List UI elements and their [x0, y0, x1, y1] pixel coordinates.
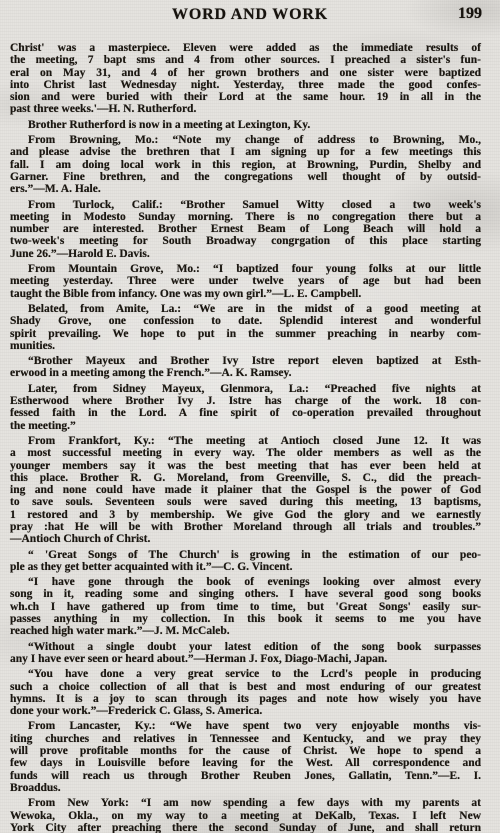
text-line: Brother Rutherford is now in a meeting a… [10, 119, 481, 131]
text-line: ers.”—M. A. Hale. [10, 183, 481, 195]
paragraph: “Brother Mayeux and Brother Ivy Istre re… [10, 355, 481, 380]
text-line: ing and none could have made it plainer … [10, 484, 481, 496]
text-line: will prove profitable months for the cau… [10, 745, 481, 757]
paragraph: Later, from Sidney Mayeux, Glenmora, La.… [10, 383, 481, 432]
paragraph: Christ' was a masterpiece. Eleven were a… [10, 42, 481, 116]
text-line: “You have done a very great service to t… [10, 668, 481, 680]
paragraph: From Turlock, Calif.: “Brother Samuel Wi… [10, 199, 481, 260]
text-line: “Brother Mayeux and Brother Ivy Istre re… [10, 355, 481, 367]
page-header: WORD AND WORK 199 [0, 0, 500, 32]
text-line: Belated, from Amite, La.: “We are in the… [10, 303, 481, 315]
text-line: fall. I am doing local work in this regi… [10, 159, 481, 171]
paragraph: “ 'Great Songs of The Church' is growing… [10, 549, 481, 574]
text-line: “I have gone through the book of evening… [10, 576, 481, 588]
paragraph: From Browning, Mo.: “Note my change of a… [10, 134, 481, 195]
text-line: erwood in a meeting among the French.”—A… [10, 367, 481, 379]
text-line: From Turlock, Calif.: “Brother Samuel Wi… [10, 199, 481, 211]
paragraph: From Frankfort, Ky.: “The meeting at Ant… [10, 435, 481, 546]
text-line: the meeting, 7 bapt sms and 4 from other… [10, 54, 481, 66]
text-line: few days in Louisville before leaving fo… [10, 757, 481, 769]
text-line: a most successful meeting in every way. … [10, 447, 481, 459]
text-line: From Frankfort, Ky.: “The meeting at Ant… [10, 435, 481, 447]
text-line: passes anything in my collection. In thi… [10, 613, 481, 625]
paragraph: From Lancaster, Ky.: “We have spent two … [10, 720, 481, 794]
paragraph: From Mountain Grove, Mo.: “I baptized fo… [10, 263, 481, 300]
text-line: —Antioch Church of Christ. [10, 533, 481, 545]
text-line: Shady Grove, one confession to date. Spl… [10, 315, 481, 327]
text-line: fessed faith in the Lord. A fine spirit … [10, 407, 481, 419]
text-line: sion and were buried with their Lord at … [10, 91, 481, 103]
paragraph: Belated, from Amite, La.: “We are in the… [10, 303, 481, 352]
text-line: the meeting.” [10, 420, 481, 432]
page-body: Christ' was a masterpiece. Eleven were a… [0, 42, 500, 833]
text-line: reached high water mark.”—J. M. McCaleb. [10, 625, 481, 637]
text-line: song in it, reading some and singing oth… [10, 588, 481, 600]
text-line: number are interested. Brother Ernest Be… [10, 223, 481, 235]
paragraph: From New York: “I am now spending a few … [10, 797, 481, 833]
text-line: Estherwood where Brother Ivy J. Istre ha… [10, 395, 481, 407]
text-line: From New York: “I am now spending a few … [10, 797, 481, 809]
text-line: and please advise the brethren that I am… [10, 146, 481, 158]
text-line: “Without a single doubt your latest edit… [10, 641, 481, 653]
text-line: taught the Bible from infancy. One was m… [10, 288, 481, 300]
paragraph: “You have done a very great service to t… [10, 668, 481, 717]
text-line: past three weeks.'—H. N. Rutherford. [10, 103, 481, 115]
text-line: meeting yesterday. Three were under twel… [10, 275, 481, 287]
text-line: hymns. It is a joy to scan through its p… [10, 693, 481, 705]
text-line: iting churches and relatives in Tennesse… [10, 733, 481, 745]
scanned-page: WORD AND WORK 199 Christ' was a masterpi… [0, 0, 500, 833]
text-line: meeting in Modesto Sunday morning. There… [10, 211, 481, 223]
text-line: From Browning, Mo.: “Note my change of a… [10, 134, 481, 146]
text-line: into Christ last Wednesday night. Yester… [10, 79, 481, 91]
text-line: Wewoka, Okla., on my way to a meeting at… [10, 810, 481, 822]
text-line: Christ' was a masterpiece. Eleven were a… [10, 42, 481, 54]
paragraph: Brother Rutherford is now in a meeting a… [10, 119, 481, 131]
text-line: eral on May 31, and 4 of her grown broth… [10, 67, 481, 79]
text-line: this place. Brother R. G. Moreland, from… [10, 472, 481, 484]
text-line: From Lancaster, Ky.: “We have spent two … [10, 720, 481, 732]
text-line: Broaddus. [10, 782, 481, 794]
text-line: From Mountain Grove, Mo.: “I baptized fo… [10, 263, 481, 275]
text-line: “ 'Great Songs of The Church' is growing… [10, 549, 481, 561]
text-line: two-week's meeting for South Broadway co… [10, 235, 481, 247]
text-line: 1 restored and 3 by membership. We give … [10, 509, 481, 521]
text-line: Garner. Fine brethren, and the congregat… [10, 171, 481, 183]
text-line: spirit prevailing. We hope to put in the… [10, 328, 481, 340]
text-line: younger members say it was the best meet… [10, 460, 481, 472]
text-line: munities. [10, 340, 481, 352]
text-line: to save souls. Seventeen souls were save… [10, 496, 481, 508]
text-line: funds will reach us through Brother Reub… [10, 770, 481, 782]
paragraph: “Without a single doubt your latest edit… [10, 641, 481, 666]
text-line: ple as they get better acquainted with i… [10, 561, 481, 573]
text-line: Later, from Sidney Mayeux, Glenmora, La.… [10, 383, 481, 395]
text-line: York City after preaching there the seco… [10, 822, 481, 833]
text-line: done your work.”—Frederick C. Glass, S. … [10, 705, 481, 717]
text-line: wh.ch I have gathered up from time to ti… [10, 601, 481, 613]
text-line: any I have ever seen or heard about.”—He… [10, 653, 481, 665]
journal-title: WORD AND WORK [172, 6, 328, 24]
text-line: such a choice collection of all that is … [10, 681, 481, 693]
text-line: June 26.”—Harold E. Davis. [10, 248, 481, 260]
paragraph: “I have gone through the book of evening… [10, 576, 481, 637]
page-number: 199 [458, 5, 482, 23]
text-line: pray :hat He will be with Brother Morela… [10, 521, 481, 533]
